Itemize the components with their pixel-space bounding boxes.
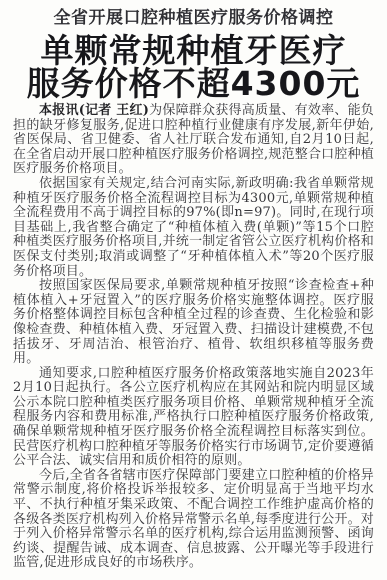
main-headline: 单颗常规种植牙医疗 服务价格不超4300元	[13, 34, 374, 100]
newspaper-article-page: 全省开展口腔种植医疗服务价格调控 单颗常规种植牙医疗 服务价格不超4300元 本…	[0, 0, 387, 580]
paragraph: 按照国家医保局要求,单颗常规种植牙按照“诊查检查+种植体植入+牙冠置入”的医疗服…	[13, 279, 374, 367]
paragraph-lead: 本报讯(记者 王红)为保障群众获得高质量、有效率、能负担的缺牙修复服务,促进口腔…	[13, 104, 374, 177]
paragraph: 依据国家有关规定,结合河南实际,新政明确:我省单颗常规种植牙医疗服务价格全流程调…	[13, 177, 374, 279]
paragraph: 通知要求,口腔种植医疗服务价格政策落地实施自2023年2月10日起执行。各公立医…	[13, 367, 374, 469]
paragraph: 今后,全省各省辖市医疗保障部门要建立口腔种植的价格异常警示制度,将价格投诉举报较…	[13, 469, 374, 571]
byline: 本报讯(记者 王红)	[39, 103, 149, 118]
kicker-headline: 全省开展口腔种植医疗服务价格调控	[13, 7, 374, 29]
headline-line-1: 单颗常规种植牙医疗	[13, 34, 374, 67]
headline-line-2: 服务价格不超4300元	[13, 67, 374, 100]
article-body: 本报讯(记者 王红)为保障群众获得高质量、有效率、能负担的缺牙修复服务,促进口腔…	[13, 104, 374, 571]
